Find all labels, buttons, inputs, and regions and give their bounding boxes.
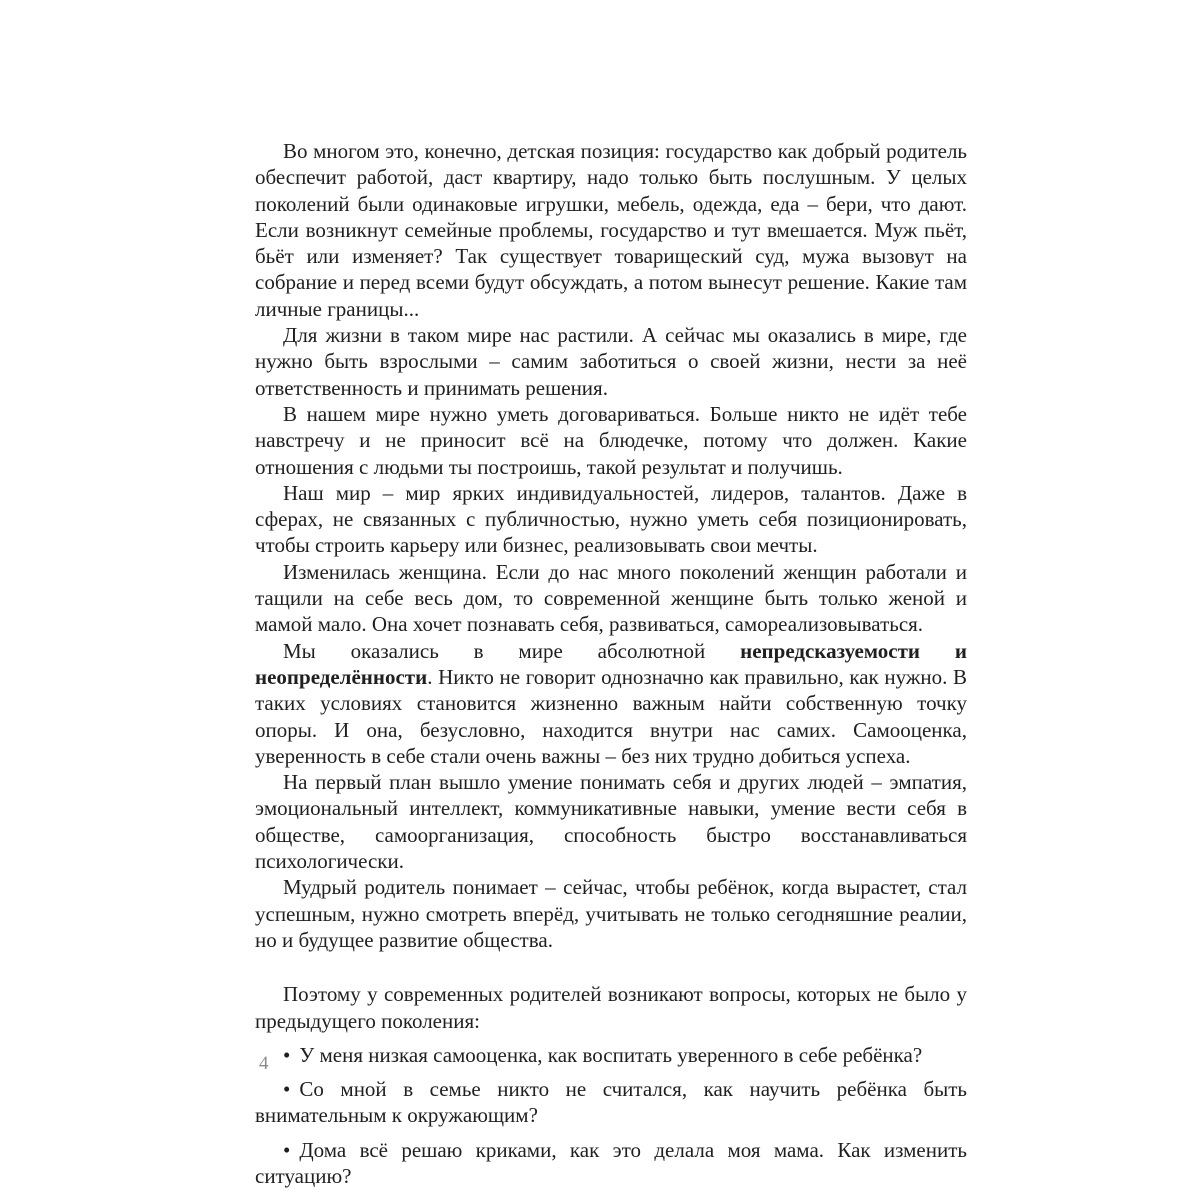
list-item: •Дома всё решаю криками, как это делала … [255,1137,967,1190]
bullet-icon: • [283,1077,290,1101]
paragraph: Изменилась женщина. Если до нас много по… [255,559,967,638]
paragraph: На первый план вышло умение понимать себ… [255,769,967,874]
questions-intro-paragraph: Поэтому у современных родителей возникаю… [255,981,967,1034]
bullet-icon: • [283,1043,290,1067]
paragraph-with-emphasis: Мы оказались в мире абсолютной непредска… [255,638,967,769]
list-item-text: Со мной в семье никто не считался, как н… [255,1077,967,1127]
paragraph: Во многом это, конечно, детская позиция:… [255,138,967,322]
page-number: 4 [259,1053,269,1075]
bullet-icon: • [283,1138,290,1162]
emphasis-before-text: Мы оказались в мире абсолютной [283,639,740,663]
list-item: •У меня низкая самооценка, как воспитать… [255,1042,967,1068]
paragraph: В нашем мире нужно уметь договариваться.… [255,401,967,480]
paragraph: Мудрый родитель понимает – сейчас, чтобы… [255,874,967,953]
book-page: Во многом это, конечно, детская позиция:… [0,0,1200,1200]
paragraph: Наш мир – мир ярких индивидуальностей, л… [255,480,967,559]
list-item-text: Дома всё решаю криками, как это делала м… [255,1138,967,1188]
list-item: •Со мной в семье никто не считался, как … [255,1076,967,1129]
text-block: Во многом это, конечно, детская позиция:… [255,138,967,1189]
list-item-text: У меня низкая самооценка, как воспитать … [299,1043,922,1067]
paragraph: Для жизни в таком мире нас растили. А се… [255,322,967,401]
